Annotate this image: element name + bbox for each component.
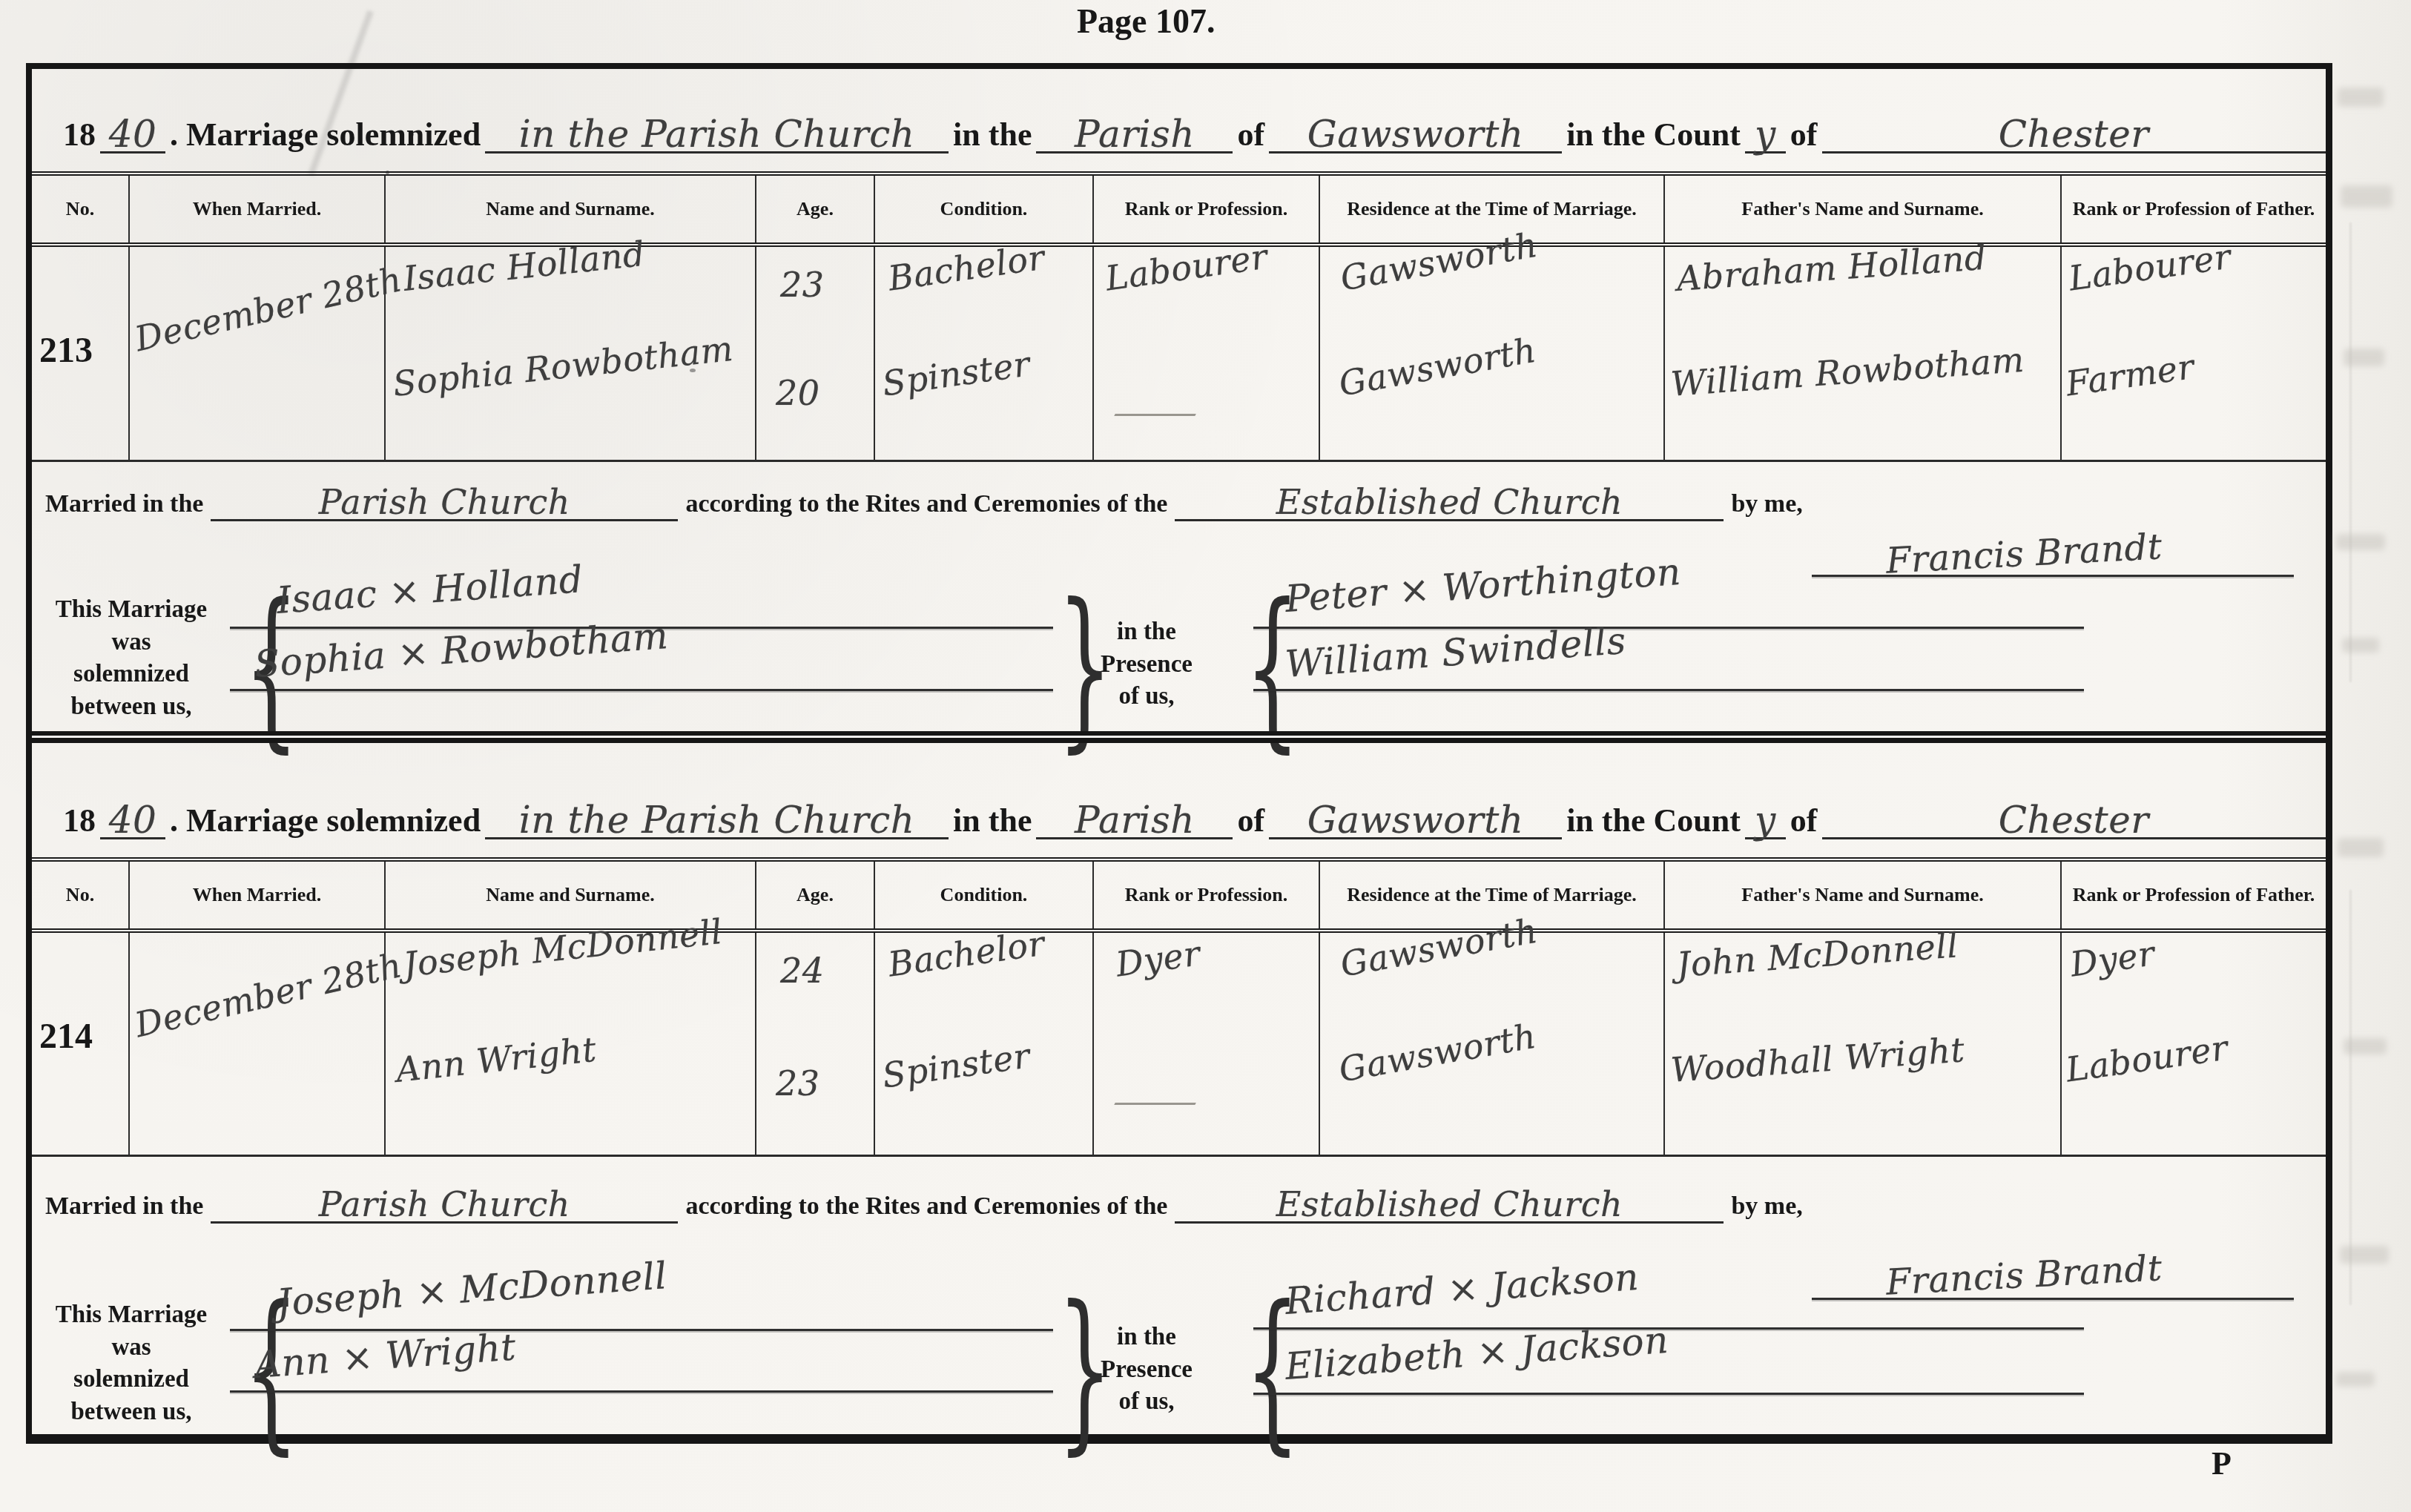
column-header-father-name: Father's Name and Surname. — [1665, 176, 2062, 242]
witness1-signature-line — [1253, 1327, 2084, 1330]
column-header-name-surname: Name and Surname. — [386, 176, 756, 242]
groom-signature: Isaac × Holland — [275, 558, 584, 622]
year-prefix-printed: 18 — [63, 802, 96, 839]
church-written: in the Parish Church — [485, 118, 949, 153]
bride-name: Ann Wright — [394, 1029, 598, 1090]
church-written: in the Parish Church — [485, 804, 949, 839]
groom-signature: Joseph × McDonnell — [275, 1254, 668, 1324]
witness1-signature-line — [1253, 627, 2084, 629]
bleed-through-mark — [2338, 838, 2384, 857]
parish-written: Parish — [1036, 804, 1233, 839]
year-written: 40 — [100, 804, 165, 839]
bleed-through-mark — [2340, 1246, 2389, 1264]
marriage-solemnized-label: . Marriage solemnized — [170, 802, 481, 839]
by-me-label: by me, — [1731, 490, 1802, 521]
column-header-rank-profession: Rank or Profession. — [1094, 176, 1320, 242]
cell-when-married: December 28th — [130, 933, 386, 1155]
cell-no: 214 — [32, 933, 130, 1155]
of-label: of — [1790, 802, 1818, 839]
presence-line1: in the — [1076, 1321, 1217, 1354]
this-marriage-line1: This Marriage — [38, 594, 225, 627]
record-number: 214 — [39, 1016, 93, 1057]
presence-line2: Presence — [1076, 1354, 1217, 1387]
this-marriage-line1: This Marriage — [38, 1299, 225, 1332]
bride-age: 20 — [776, 373, 820, 413]
cell-residences: Gawsworth Gawsworth — [1320, 933, 1665, 1155]
bride-father-profession: Labourer — [2063, 1028, 2230, 1090]
column-headers: No. When Married. Name and Surname. Age.… — [32, 176, 2326, 247]
bleed-through-mark — [2338, 88, 2384, 107]
presence-line3: of us, — [1076, 1386, 1217, 1419]
record-number: 213 — [39, 330, 93, 371]
column-header-father-rank: Rank or Profession of Father. — [2062, 862, 2326, 928]
witness1-signature: Richard × Jackson — [1284, 1255, 1640, 1323]
cell-names: Isaac Holland Sophia Rowbotham — [386, 247, 756, 460]
of-label: of — [1237, 802, 1264, 839]
column-header-condition: Condition. — [875, 176, 1094, 242]
entry-214-attestation: Married in the Parish Church according t… — [32, 1157, 2326, 1434]
page-number-label: Page 107. — [1077, 1, 1216, 41]
register-entry-214: 18 40 . Marriage solemnized in the Paris… — [32, 745, 2326, 1434]
cell-professions: Labourer — — [1094, 247, 1320, 460]
county-label: in the Count — [1566, 116, 1741, 153]
bleed-through-mark — [2336, 534, 2385, 550]
bride-signature-line — [230, 1390, 1053, 1393]
bride-age: 23 — [776, 1063, 820, 1103]
married-in-line: Married in the Parish Church according t… — [45, 487, 2318, 521]
officiant-signature: Francis Brandt — [1885, 526, 2163, 581]
officiant-signature: Francis Brandt — [1885, 1247, 2163, 1303]
entry-214-heading: 18 40 . Marriage solemnized in the Paris… — [32, 745, 2326, 862]
of-label: of — [1790, 116, 1818, 153]
this-marriage-line4: between us, — [38, 1396, 225, 1429]
this-marriage-line3: solemnized — [38, 658, 225, 691]
bride-father-name: William Rowbotham — [1669, 340, 2025, 404]
entry-213-row: 213 December 28th Isaac Holland Sophia R… — [32, 247, 2326, 462]
column-header-father-rank: Rank or Profession of Father. — [2062, 176, 2326, 242]
church-type-written: Established Church — [1175, 1189, 1724, 1224]
bride-condition: Spinster — [880, 1035, 1032, 1095]
county-suffix-written: y — [1745, 118, 1786, 153]
presence-label: in the Presence of us, — [1076, 1321, 1217, 1419]
married-in-the-label: Married in the — [45, 1192, 203, 1224]
witness2-signature: William Swindells — [1284, 619, 1628, 686]
column-header-age: Age. — [756, 176, 875, 242]
county-label: in the Count — [1566, 802, 1741, 839]
groom-father-name: John McDonnell — [1675, 925, 1959, 985]
cell-residences: Gawsworth Gawsworth — [1320, 247, 1665, 460]
section-divider-rule — [32, 731, 2326, 743]
county-written: Chester — [1822, 118, 2326, 153]
bride-condition: Spinster — [880, 343, 1032, 403]
bride-signature: Sophia × Rowbotham — [253, 614, 670, 686]
presence-label: in the Presence of us, — [1076, 616, 1217, 713]
column-header-father-name: Father's Name and Surname. — [1665, 862, 2062, 928]
bleed-through-mark — [2342, 638, 2379, 653]
groom-age: 23 — [780, 265, 825, 305]
groom-condition: Bachelor — [885, 923, 1047, 985]
cell-ages: 23 20 — [756, 247, 875, 460]
bride-father-name: Woodhall Wright — [1669, 1029, 1966, 1090]
bleed-through-mark — [2336, 1372, 2375, 1387]
when-married-written: December 28th — [131, 945, 406, 1045]
register-entry-213: 18 40 . Marriage solemnized in the Paris… — [32, 69, 2326, 731]
married-place-written: Parish Church — [211, 487, 678, 521]
witness2-signature-line — [1253, 689, 2084, 691]
entry-213-attestation: Married in the Parish Church according t… — [32, 462, 2326, 731]
in-the-label: in the — [953, 802, 1032, 839]
this-marriage-line3: solemnized — [38, 1364, 225, 1396]
married-in-the-label: Married in the — [45, 490, 203, 521]
bride-residence: Gawsworth — [1336, 1016, 1539, 1090]
parish-name-written: Gawsworth — [1269, 804, 1562, 839]
cell-father-professions: Dyer Labourer — [2062, 933, 2326, 1155]
county-suffix-written: y — [1745, 804, 1786, 839]
rites-label: according to the Rites and Ceremonies of… — [685, 1192, 1167, 1224]
cell-professions: Dyer — — [1094, 933, 1320, 1155]
groom-signature-line — [230, 1329, 1053, 1331]
groom-condition: Bachelor — [885, 237, 1047, 299]
rites-label: according to the Rites and Ceremonies of… — [685, 490, 1167, 521]
presence-line3: of us, — [1076, 681, 1217, 713]
this-marriage-line2: was — [38, 627, 225, 659]
county-written: Chester — [1822, 804, 2326, 839]
column-headers: No. When Married. Name and Surname. Age.… — [32, 862, 2326, 933]
cell-no: 213 — [32, 247, 130, 460]
year-prefix-printed: 18 — [63, 116, 96, 153]
cell-father-names: Abraham Holland William Rowbotham — [1665, 247, 2062, 460]
year-written: 40 — [100, 118, 165, 153]
in-the-label: in the — [953, 116, 1032, 153]
cell-father-professions: Labourer Farmer — [2062, 247, 2326, 460]
bride-signature-line — [230, 689, 1053, 691]
cell-conditions: Bachelor Spinster — [875, 247, 1094, 460]
column-header-no: No. — [32, 176, 130, 242]
by-me-label: by me, — [1731, 1192, 1802, 1224]
this-marriage-label: This Marriage was solemnized between us, — [38, 594, 225, 723]
bride-father-profession: Farmer — [2063, 346, 2197, 404]
groom-profession: Dyer — [1113, 933, 1202, 984]
entry-214-row: 214 December 28th Joseph McDonnell Ann W… — [32, 933, 2326, 1157]
cell-father-names: John McDonnell Woodhall Wright — [1665, 933, 2062, 1155]
presence-line1: in the — [1076, 616, 1217, 649]
this-marriage-label: This Marriage was solemnized between us, — [38, 1299, 225, 1428]
bleed-through-mark — [2341, 185, 2392, 208]
corner-letter: P — [2212, 1445, 2232, 1482]
parish-written: Parish — [1036, 118, 1233, 153]
this-marriage-line4: between us, — [38, 691, 225, 724]
church-type-written: Established Church — [1175, 487, 1724, 521]
cell-names: Joseph McDonnell Ann Wright — [386, 933, 756, 1155]
officiant-signature-line — [1812, 575, 2294, 577]
married-place-written: Parish Church — [211, 1189, 678, 1224]
bride-residence: Gawsworth — [1336, 330, 1539, 404]
marriage-solemnized-label: . Marriage solemnized — [170, 116, 481, 153]
cell-conditions: Bachelor Spinster — [875, 933, 1094, 1155]
groom-father-name: Abraham Holland — [1675, 237, 1988, 299]
column-header-age: Age. — [756, 862, 875, 928]
officiant-signature-line — [1812, 1298, 2294, 1300]
presence-line2: Presence — [1076, 649, 1217, 681]
when-married-written: December 28th — [131, 259, 406, 359]
bleed-through-rule — [2349, 890, 2352, 1305]
column-header-when-married: When Married. — [130, 862, 386, 928]
column-header-condition: Condition. — [875, 862, 1094, 928]
witness1-signature: Peter × Worthington — [1284, 550, 1682, 621]
register-page-scan: Page 107. 18 40 . Marriage solemnized in… — [0, 0, 2411, 1512]
groom-age: 24 — [780, 951, 825, 991]
married-in-line: Married in the Parish Church according t… — [45, 1189, 2318, 1224]
column-header-when-married: When Married. — [130, 176, 386, 242]
cell-ages: 24 23 — [756, 933, 875, 1155]
groom-father-profession: Dyer — [2068, 933, 2157, 984]
cell-when-married: December 28th — [130, 247, 386, 460]
bleed-through-rule — [2349, 222, 2352, 682]
parish-name-written: Gawsworth — [1269, 118, 1562, 153]
column-header-rank-profession: Rank or Profession. — [1094, 862, 1320, 928]
bride-profession-dash: — — [1111, 392, 1201, 432]
register-table-frame: 18 40 . Marriage solemnized in the Paris… — [26, 63, 2332, 1444]
witness2-signature-line — [1253, 1393, 2084, 1395]
column-header-no: No. — [32, 862, 130, 928]
entry-213-heading: 18 40 . Marriage solemnized in the Paris… — [32, 69, 2326, 176]
bride-profession-dash: — — [1111, 1081, 1201, 1121]
this-marriage-line2: was — [38, 1332, 225, 1364]
bride-name: Sophia Rowbotham — [391, 329, 735, 404]
of-label: of — [1237, 116, 1264, 153]
